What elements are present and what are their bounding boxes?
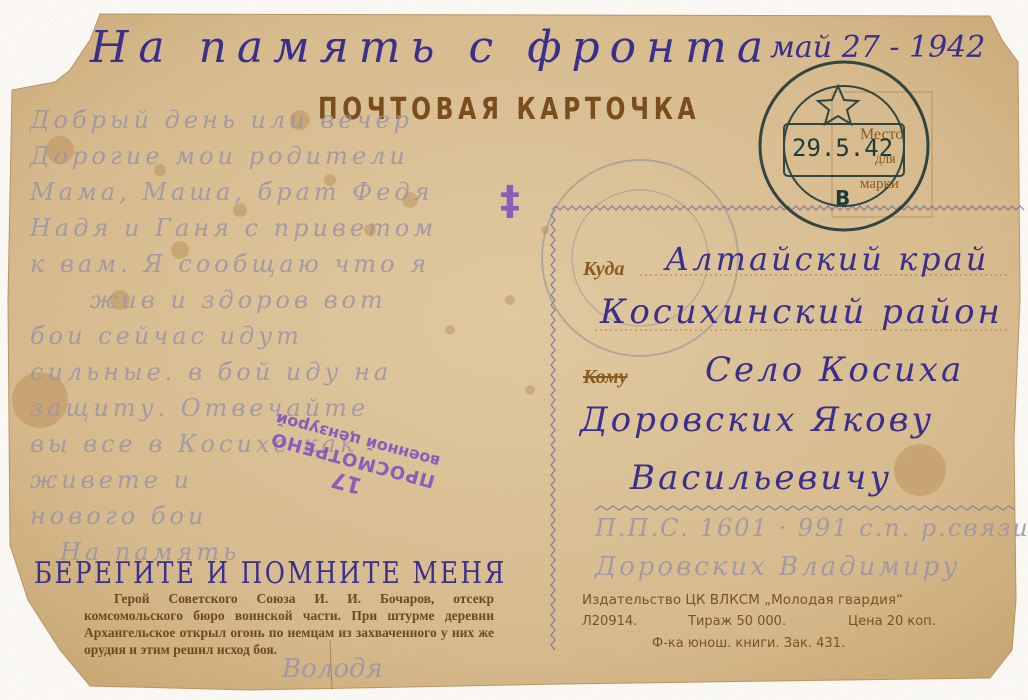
to-label: Куда: [583, 258, 624, 281]
publisher-code: Л20914.: [582, 614, 637, 629]
recipient-line-2: Васильевичу: [630, 458, 892, 498]
date-inscription: май 27 - 1942: [770, 30, 985, 65]
letter-line: к вам. Я сообщаю что я: [30, 250, 530, 286]
letter-line: Дорогие мои родители: [30, 142, 530, 178]
purple-cross-mark: ‡: [500, 178, 520, 224]
signature: Володя: [282, 654, 383, 684]
closing-line: Берегите и помните меня: [34, 556, 507, 591]
postmark-letter: В: [835, 186, 850, 210]
top-inscription: На память с фронта: [90, 22, 773, 73]
publisher-price: Цена 20 коп.: [848, 614, 936, 629]
stamp-place-text-3: марки: [860, 176, 899, 193]
publisher-line-3: Ф-ка юнош. книги. Зак. 431.: [652, 636, 845, 651]
address-line-1: Алтайский край: [665, 240, 989, 278]
whom-label: Кому: [583, 366, 628, 389]
letter-line: Добрый день или вечер: [30, 106, 530, 142]
address-line-3: Село Косиха: [705, 350, 964, 390]
letter-line: Мама, Маша, брат Федя: [30, 178, 530, 214]
sender-line-2: Доровских Владимиру: [595, 552, 960, 582]
postmark-date: 29.5.42: [792, 134, 893, 162]
letter-line: сильные. в бой иду на: [30, 358, 530, 394]
sender-line-1: П.П.С. 1601 · 991 с.п. р.связи: [595, 514, 1028, 542]
photo-caption: Герой Советского Союза И. И. Бочаров, от…: [84, 590, 494, 658]
letter-line: жив и здоров вот: [30, 286, 530, 322]
publisher-line-1: Издательство ЦК ВЛКСМ „Молодая гвардия“: [582, 592, 903, 608]
publisher-print-run: Тираж 50 000.: [688, 614, 786, 629]
recipient-line-1: Доровских Якову: [580, 400, 934, 440]
letter-line: Надя и Ганя с приветом: [30, 214, 530, 250]
letter-line: бои сейчас идут: [30, 322, 530, 358]
postcard: На память с фронта май 27 - 1942 ПОЧТОВА…: [0, 0, 1028, 700]
address-line-2: Косихинский район: [600, 292, 1003, 332]
